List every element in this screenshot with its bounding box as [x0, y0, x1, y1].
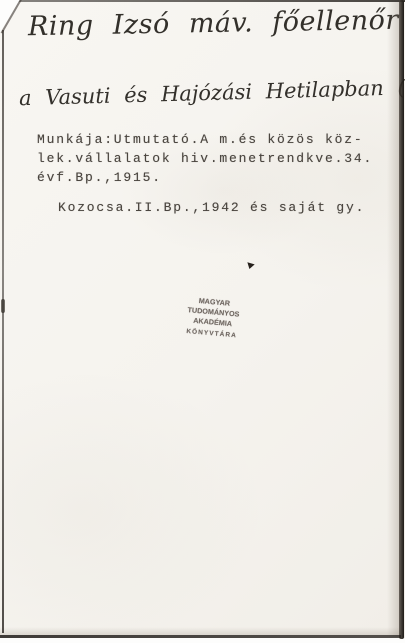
typed-line-1: Munkája:Utmutató.A m.és közös köz- — [37, 130, 373, 149]
right-paper-shadow — [387, 0, 399, 637]
typed-entry-block: Munkája:Utmutató.A m.és közös köz- lek.v… — [37, 130, 373, 187]
catalog-card-scan: Ring Izsó máv. főellenőr a Vasuti és Haj… — [0, 0, 405, 643]
library-stamp: MAGYAR TUDOMÁNYOS AKADÉMIA KÖNYVTÁRA — [168, 294, 258, 342]
scan-edge-top — [16, 0, 405, 2]
scan-edge-bottom — [0, 635, 401, 638]
reference-line: Kozocsa.II.Bp.,1942 és saját gy. — [58, 198, 365, 217]
scan-edge-left — [2, 30, 4, 633]
handwritten-author-line: Ring Izsó máv. főellenőr — [28, 5, 399, 42]
typed-line-2: lek.vállalatok hiv.menetrendkve.34. — [37, 149, 373, 168]
scan-edge-right — [399, 0, 404, 639]
bottom-paper-shadow — [0, 627, 401, 635]
typed-line-3: évf.Bp.,1915. — [37, 168, 373, 187]
